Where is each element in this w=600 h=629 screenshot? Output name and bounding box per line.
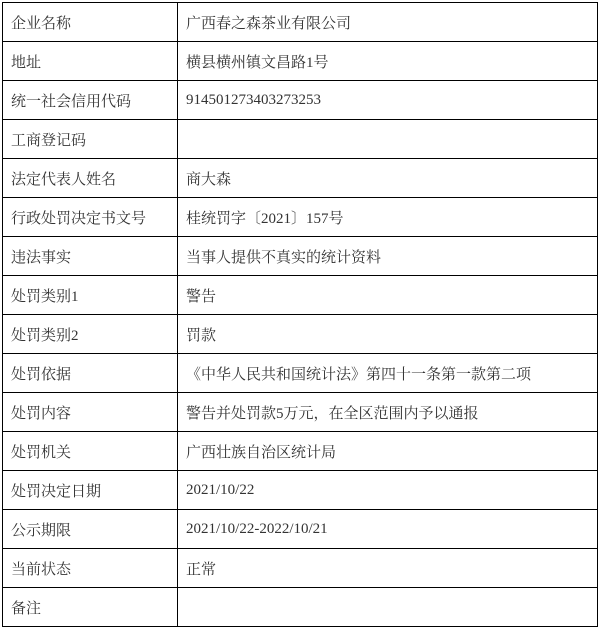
table-row-penalty-authority: 处罚机关 广西壮族自治区统计局 [3,432,598,471]
row-value: 警告并处罚款5万元，在全区范围内予以通报 [178,393,598,432]
row-value [178,588,598,627]
row-value: 广西春之森茶业有限公司 [178,3,598,42]
row-label: 违法事实 [3,237,178,276]
table-row-penalty-basis: 处罚依据 《中华人民共和国统计法》第四十一条第一款第二项 [3,354,598,393]
row-label: 处罚内容 [3,393,178,432]
row-label: 法定代表人姓名 [3,159,178,198]
row-value: 广西壮族自治区统计局 [178,432,598,471]
row-value [178,120,598,159]
row-label: 统一社会信用代码 [3,81,178,120]
table-row-business-reg-code: 工商登记码 [3,120,598,159]
table-row-penalty-type-2: 处罚类别2 罚款 [3,315,598,354]
row-value: 2021/10/22 [178,471,598,510]
table-row-illegal-facts: 违法事实 当事人提供不真实的统计资料 [3,237,598,276]
row-label: 工商登记码 [3,120,178,159]
row-value: 当事人提供不真实的统计资料 [178,237,598,276]
row-label: 处罚依据 [3,354,178,393]
table-row-remarks: 备注 [3,588,598,627]
table-row-decision-doc-number: 行政处罚决定书文号 桂统罚字〔2021〕157号 [3,198,598,237]
row-label: 公示期限 [3,510,178,549]
table-row-address: 地址 横县横州镇文昌路1号 [3,42,598,81]
row-label: 处罚机关 [3,432,178,471]
row-value: 2021/10/22-2022/10/21 [178,510,598,549]
row-label: 处罚类别2 [3,315,178,354]
row-value: 正常 [178,549,598,588]
row-label: 备注 [3,588,178,627]
table-row-company-name: 企业名称 广西春之森茶业有限公司 [3,3,598,42]
row-value: 914501273403273253 [178,81,598,120]
row-label: 行政处罚决定书文号 [3,198,178,237]
row-value: 警告 [178,276,598,315]
row-value: 桂统罚字〔2021〕157号 [178,198,598,237]
penalty-info-table: 企业名称 广西春之森茶业有限公司 地址 横县横州镇文昌路1号 统一社会信用代码 … [2,2,598,627]
table-row-decision-date: 处罚决定日期 2021/10/22 [3,471,598,510]
table-row-legal-representative: 法定代表人姓名 商大森 [3,159,598,198]
row-label: 企业名称 [3,3,178,42]
row-label: 处罚类别1 [3,276,178,315]
row-label: 处罚决定日期 [3,471,178,510]
table-row-current-status: 当前状态 正常 [3,549,598,588]
table-row-penalty-type-1: 处罚类别1 警告 [3,276,598,315]
row-label: 当前状态 [3,549,178,588]
row-value: 罚款 [178,315,598,354]
row-value: 《中华人民共和国统计法》第四十一条第一款第二项 [178,354,598,393]
table-row-publicity-period: 公示期限 2021/10/22-2022/10/21 [3,510,598,549]
row-label: 地址 [3,42,178,81]
table-row-credit-code: 统一社会信用代码 914501273403273253 [3,81,598,120]
table-row-penalty-content: 处罚内容 警告并处罚款5万元，在全区范围内予以通报 [3,393,598,432]
row-value: 商大森 [178,159,598,198]
page: 企业名称 广西春之森茶业有限公司 地址 横县横州镇文昌路1号 统一社会信用代码 … [0,0,600,629]
row-value: 横县横州镇文昌路1号 [178,42,598,81]
